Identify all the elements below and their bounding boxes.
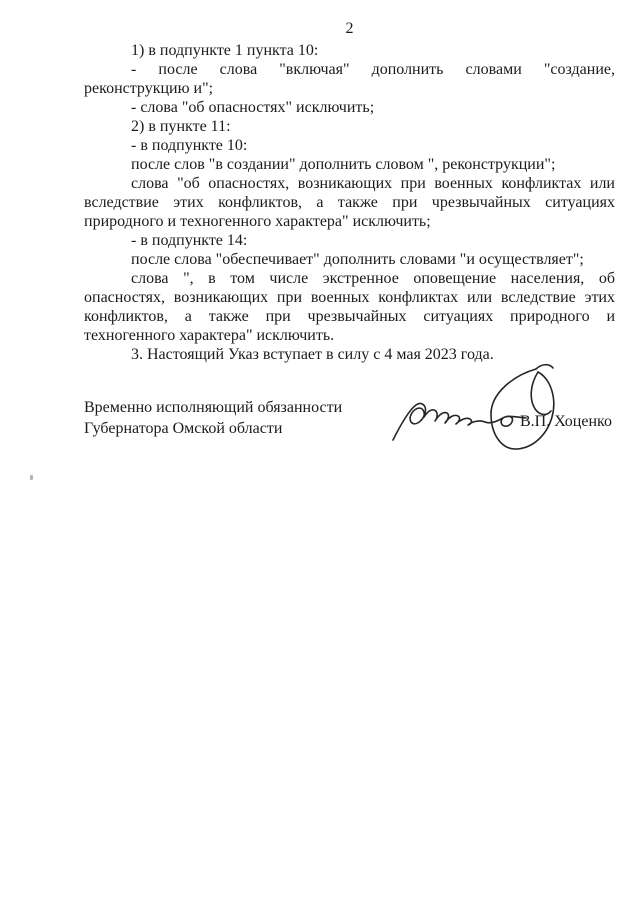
paragraph: 2) в пункте 11: bbox=[84, 117, 615, 136]
paragraph: - после слова "включая" дополнить словам… bbox=[84, 60, 615, 98]
scan-artifact-dot bbox=[30, 475, 33, 480]
paragraph: после слов "в создании" дополнить словом… bbox=[84, 155, 615, 174]
page-number: 2 bbox=[84, 20, 615, 37]
paragraph: слова ", в том числе экстренное оповещен… bbox=[84, 269, 615, 345]
signatory-position-line1: Временно исполняющий обязанности bbox=[84, 397, 342, 418]
paragraph: - в подпункте 10: bbox=[84, 136, 615, 155]
document-body: 1) в подпункте 1 пункта 10:- после слова… bbox=[84, 41, 615, 364]
signatory-position: Временно исполняющий обязанности Губерна… bbox=[84, 397, 342, 439]
paragraph: слова "об опасностях, возникающих при во… bbox=[84, 174, 615, 231]
paragraph: после слова "обеспечивает" дополнить сло… bbox=[84, 250, 615, 269]
paragraph: 3. Настоящий Указ вступает в силу с 4 ма… bbox=[84, 345, 615, 364]
paragraph: 1) в подпункте 1 пункта 10: bbox=[84, 41, 615, 60]
signatory-position-line2: Губернатора Омской области bbox=[84, 418, 342, 439]
signatory-name: В.П. Хоценко bbox=[520, 412, 612, 431]
document-page: 2 1) в подпункте 1 пункта 10:- после сло… bbox=[0, 0, 640, 905]
paragraph: - слова "об опасностях" исключить; bbox=[84, 98, 615, 117]
handwritten-signature-icon bbox=[385, 360, 575, 455]
paragraph: - в подпункте 14: bbox=[84, 231, 615, 250]
